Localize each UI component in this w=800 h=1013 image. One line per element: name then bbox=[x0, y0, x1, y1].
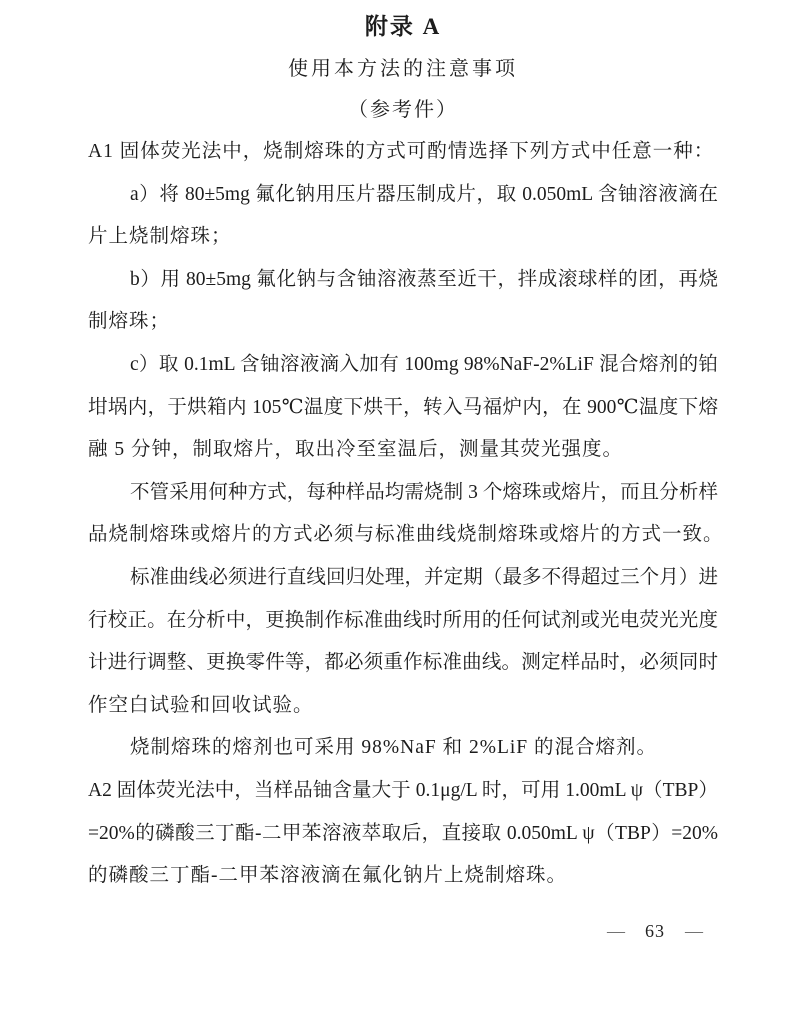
document-subtitle: 使用本方法的注意事项 bbox=[88, 48, 718, 90]
text-line-item-b: b）用 80±5mg 氟化钠与含铀溶液蒸至近干，拌成滚球样的团，再烧 bbox=[88, 259, 718, 302]
page-footer: — 63 — bbox=[607, 916, 703, 946]
text-line-para2-1: 不管采用何种方式，每种样品均需烧制 3 个熔珠或熔片，而且分析样 bbox=[88, 472, 718, 515]
text-line-para2-2: 品烧制熔珠或熔片的方式必须与标准曲线烧制熔珠或熔片的方式一致。 bbox=[88, 514, 718, 557]
text-line-item-c: c）取 0.1mL 含铀溶液滴入加有 100mg 98%NaF-2%LiF 混合… bbox=[88, 344, 718, 387]
footer-dash-left: — bbox=[607, 916, 625, 946]
document-page: 附录 A 使用本方法的注意事项 （参考件） A1 固体荧光法中，烧制熔珠的方式可… bbox=[0, 0, 800, 1013]
page-number: 63 bbox=[645, 921, 665, 942]
text-line-para3-4: 作空白试验和回收试验。 bbox=[88, 685, 718, 728]
text-line-para3-2: 行校正。在分析中，更换制作标准曲线时所用的任何试剂或光电荧光光度 bbox=[88, 600, 718, 643]
document-content: 附录 A 使用本方法的注意事项 （参考件） A1 固体荧光法中，烧制熔珠的方式可… bbox=[88, 6, 718, 898]
footer-dash-right: — bbox=[685, 916, 703, 946]
text-line-a2-3: 的磷酸三丁酯-二甲苯溶液滴在氟化钠片上烧制熔珠。 bbox=[88, 855, 718, 898]
text-line-item-c-cont2: 融 5 分钟，制取熔片，取出冷至室温后，测量其荧光强度。 bbox=[88, 429, 718, 472]
text-line-a2-1: A2 固体荧光法中，当样品铀含量大于 0.1μg/L 时，可用 1.00mL ψ… bbox=[88, 770, 718, 813]
text-line-para4: 烧制熔珠的熔剂也可采用 98%NaF 和 2%LiF 的混合熔剂。 bbox=[88, 727, 718, 770]
text-line-item-b-cont: 制熔珠； bbox=[88, 301, 718, 344]
text-line-a1: A1 固体荧光法中，烧制熔珠的方式可酌情选择下列方式中任意一种： bbox=[88, 131, 718, 174]
text-line-item-a-cont: 片上烧制熔珠； bbox=[88, 216, 718, 259]
document-body: A1 固体荧光法中，烧制熔珠的方式可酌情选择下列方式中任意一种： a）将 80±… bbox=[88, 131, 718, 898]
text-line-para3-1: 标准曲线必须进行直线回归处理，并定期（最多不得超过三个月）进 bbox=[88, 557, 718, 600]
text-line-para3-3: 计进行调整、更换零件等，都必须重作标准曲线。测定样品时，必须同时 bbox=[88, 642, 718, 685]
text-line-item-c-cont1: 坩埚内，于烘箱内 105℃温度下烘干，转入马福炉内，在 900℃温度下熔 bbox=[88, 387, 718, 430]
reference-note: （参考件） bbox=[88, 90, 718, 131]
appendix-title: 附录 A bbox=[88, 6, 718, 48]
text-line-a2-2: =20%的磷酸三丁酯-二甲苯溶液萃取后，直接取 0.050mL ψ（TBP）=2… bbox=[88, 813, 718, 856]
text-line-item-a: a）将 80±5mg 氟化钠用压片器压制成片，取 0.050mL 含铀溶液滴在 bbox=[88, 174, 718, 217]
